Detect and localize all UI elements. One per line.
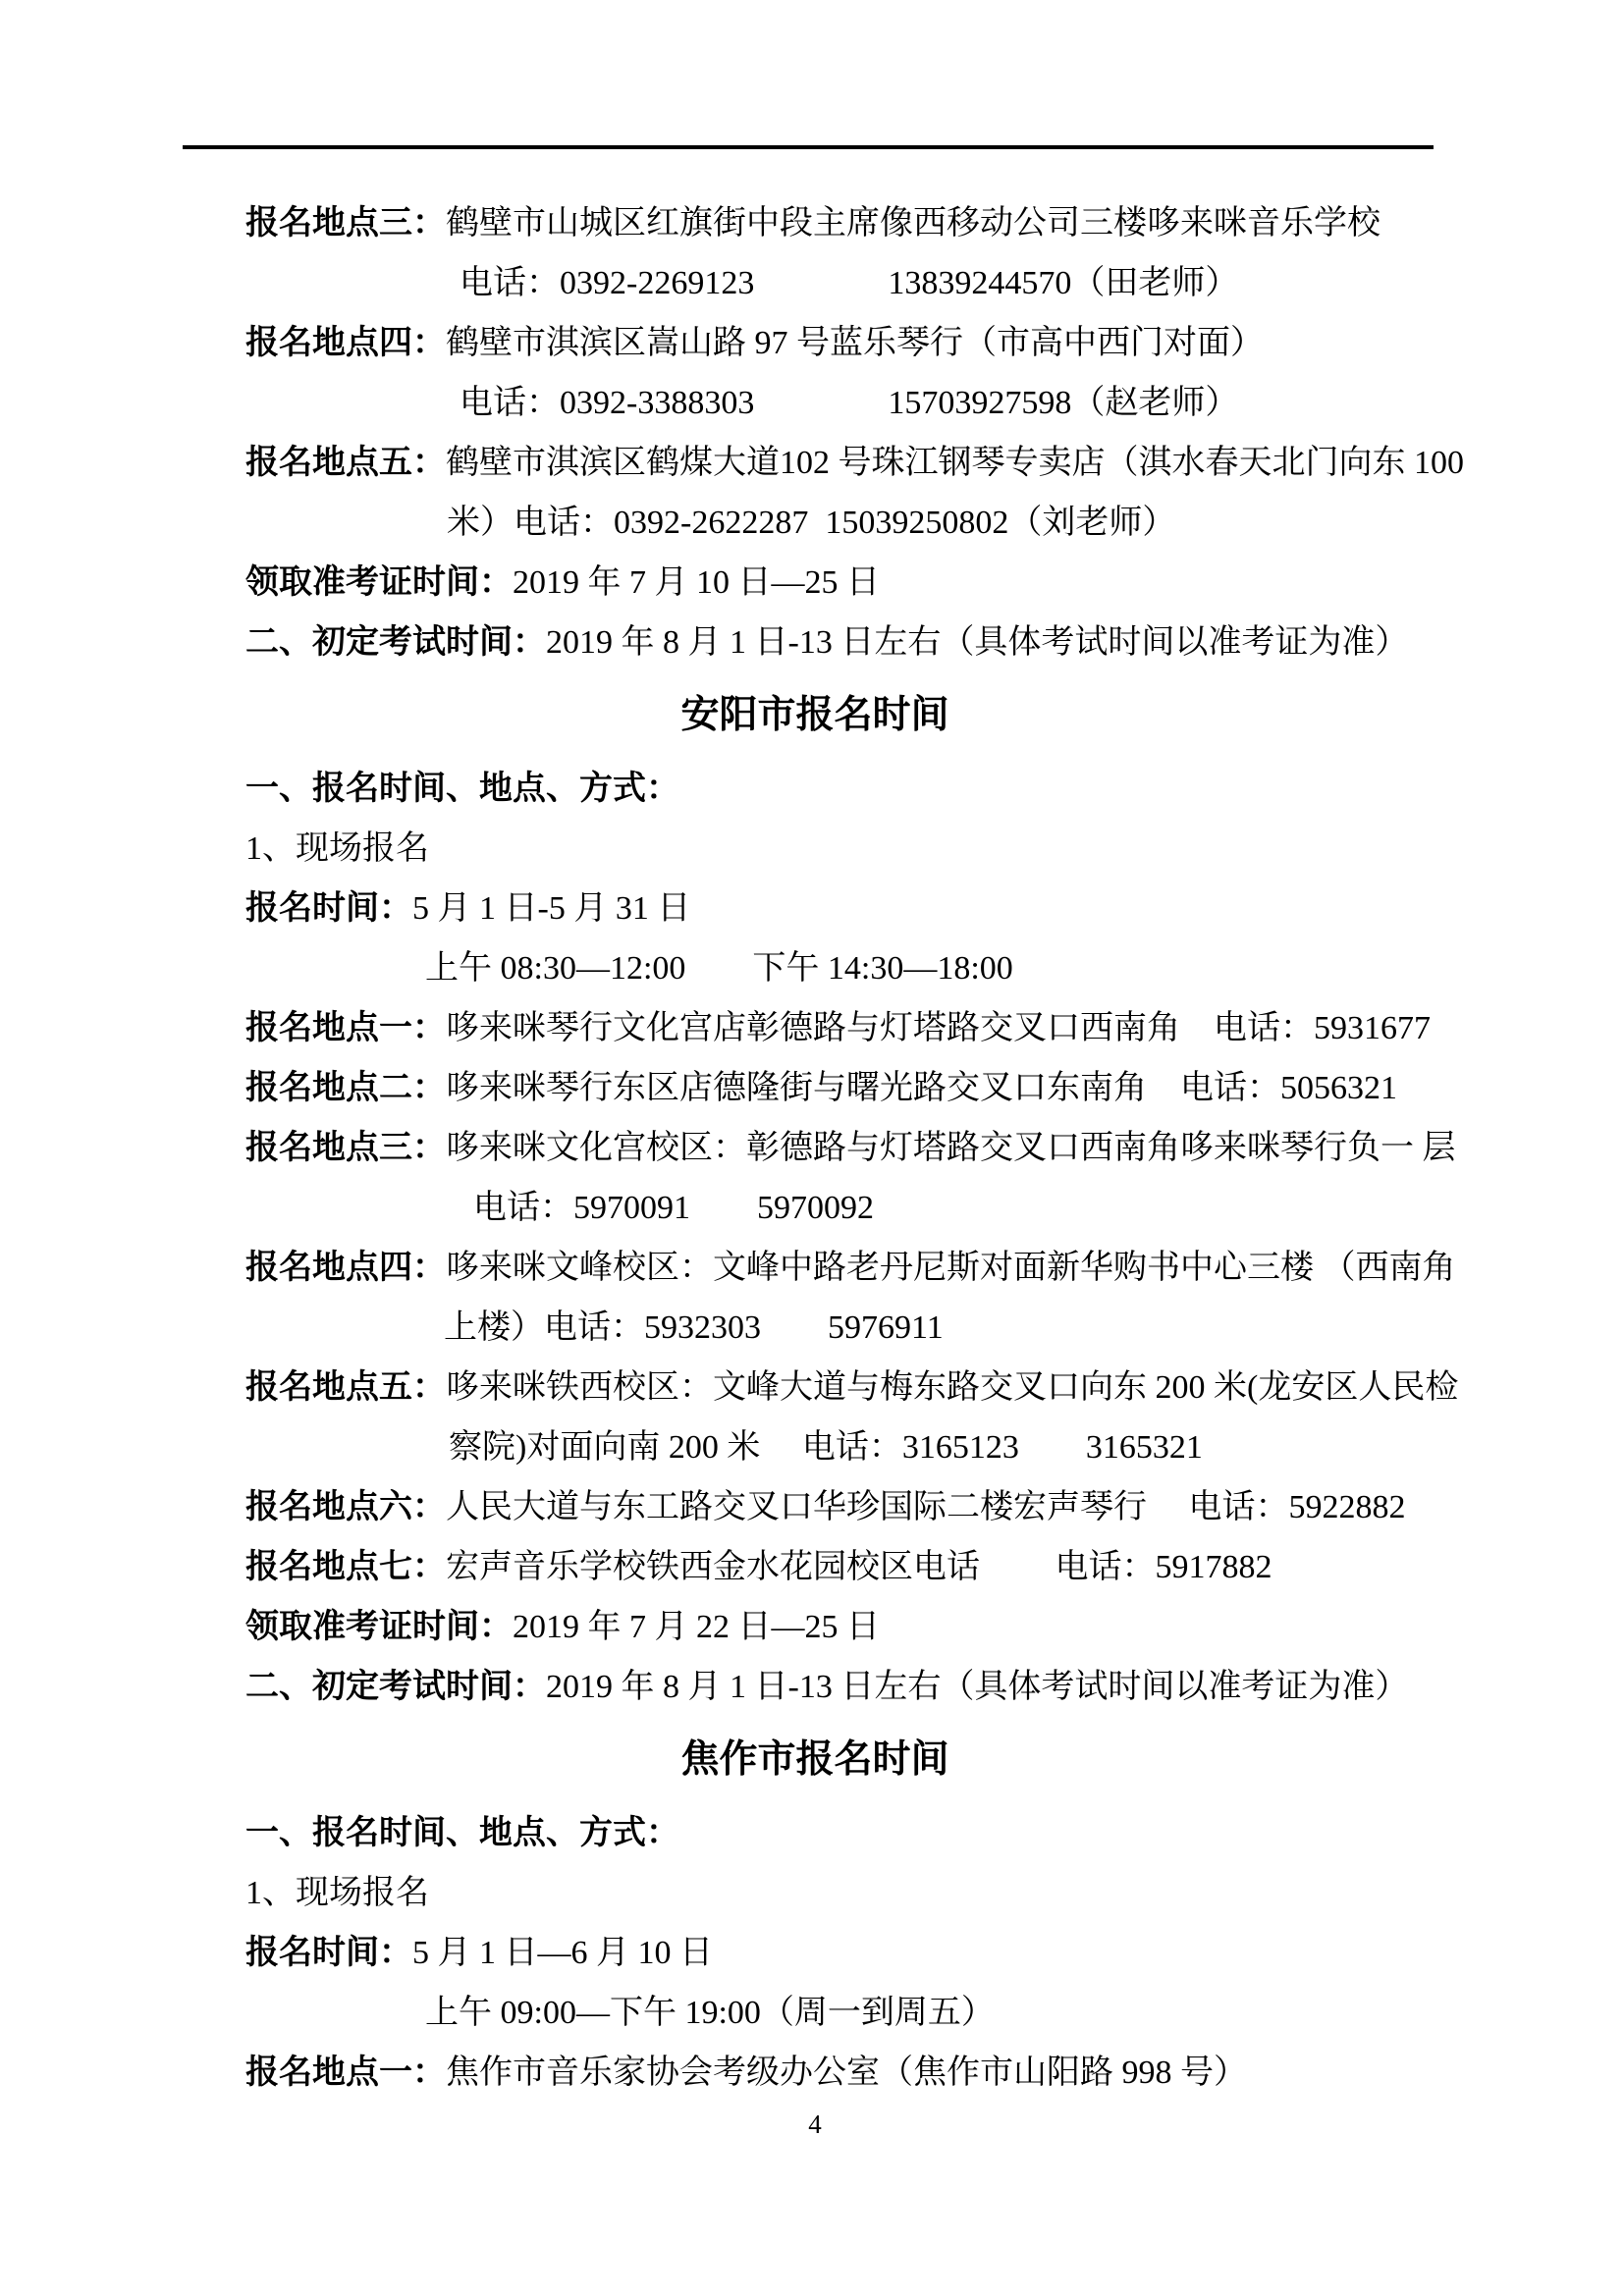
- paragraph-text: 哆来咪铁西校区：文峰大道与梅东路交叉口向东 200 米(龙安区人民检: [446, 1369, 1458, 1406]
- paragraph: 报名地点一：焦作市音乐家协会考级办公室（焦作市山阳路 998 号）: [245, 2043, 1384, 2103]
- paragraph-label: 领取准考证时间：: [245, 564, 513, 601]
- paragraph-text: 鹤壁市淇滨区嵩山路 97 号蓝乐琴行（市高中西门对面）: [446, 325, 1264, 361]
- paragraph-text: 电话：5970091 5970092: [473, 1190, 874, 1226]
- paragraph-label: 一、报名时间、地点、方式：: [245, 1815, 679, 1851]
- paragraph-label: 报名地点一：: [245, 1010, 446, 1046]
- paragraph-text: 2019 年 8 月 1 日-13 日左右（具体考试时间以准考证为准）: [546, 624, 1408, 661]
- paragraph: 一、报名时间、地点、方式：: [245, 759, 1384, 819]
- paragraph: 领取准考证时间：2019 年 7 月 10 日—25 日: [245, 553, 1384, 613]
- paragraph-label: 报名时间：: [245, 1935, 412, 1971]
- paragraph: 报名地点五：哆来咪铁西校区：文峰大道与梅东路交叉口向东 200 米(龙安区人民检: [245, 1358, 1384, 1417]
- paragraph-text: 5 月 1 日-5 月 31 日: [412, 890, 690, 927]
- paragraph: 报名地点一：哆来咪琴行文化宫店彰德路与灯塔路交叉口西南角 电话：5931677: [245, 998, 1384, 1058]
- paragraph: 报名时间：5 月 1 日—6 月 10 日: [245, 1923, 1384, 1983]
- paragraph-label: 报名地点五：: [245, 1369, 446, 1406]
- paragraph: 二、初定考试时间：2019 年 8 月 1 日-13 日左右（具体考试时间以准考…: [245, 1657, 1384, 1717]
- paragraph: 电话：0392-3388303 15703927598（赵老师）: [245, 373, 1384, 433]
- paragraph: 报名地点二：哆来咪琴行东区店德隆街与曙光路交叉口东南角 电话：5056321: [245, 1058, 1384, 1118]
- paragraph-text: 2019 年 7 月 22 日—25 日: [513, 1609, 880, 1645]
- paragraph-text: 2019 年 8 月 1 日-13 日左右（具体考试时间以准考证为准）: [546, 1669, 1408, 1705]
- paragraph: 二、初定考试时间：2019 年 8 月 1 日-13 日左右（具体考试时间以准考…: [245, 613, 1384, 672]
- paragraph-text: 鹤壁市山城区红旗街中段主席像西移动公司三楼哆来咪音乐学校: [446, 205, 1380, 241]
- paragraph-label: 报名地点七：: [245, 1549, 446, 1585]
- paragraph-label: 报名地点四：: [245, 1250, 446, 1286]
- paragraph-label: 报名地点四：: [245, 325, 446, 361]
- paragraph: 报名地点四：鹤壁市淇滨区嵩山路 97 号蓝乐琴行（市高中西门对面）: [245, 313, 1384, 373]
- paragraph: 报名时间：5 月 1 日-5 月 31 日: [245, 879, 1384, 938]
- paragraph-text: 1、现场报名: [245, 1875, 429, 1911]
- paragraph: 领取准考证时间：2019 年 7 月 22 日—25 日: [245, 1597, 1384, 1657]
- paragraph-label: 一、报名时间、地点、方式：: [245, 771, 679, 807]
- paragraph-text: 2019 年 7 月 10 日—25 日: [513, 564, 880, 601]
- paragraph: 报名地点三：哆来咪文化宫校区：彰德路与灯塔路交叉口西南角哆来咪琴行负一 层: [245, 1118, 1384, 1178]
- section-heading: 安阳市报名时间: [245, 679, 1384, 752]
- paragraph: 上午 08:30—12:00 下午 14:30—18:00: [245, 938, 1384, 998]
- paragraph: 一、报名时间、地点、方式：: [245, 1803, 1384, 1863]
- paragraph-label: 二、初定考试时间：: [245, 1669, 546, 1705]
- paragraph: 察院)对面向南 200 米 电话：3165123 3165321: [245, 1417, 1384, 1477]
- paragraph-text: 哆来咪文峰校区：文峰中路老丹尼斯对面新华购书中心三楼 （西南角: [446, 1250, 1456, 1286]
- paragraph: 报名地点四：哆来咪文峰校区：文峰中路老丹尼斯对面新华购书中心三楼 （西南角: [245, 1238, 1384, 1298]
- paragraph-text: 米）电话：0392-2622287 15039250802（刘老师）: [447, 505, 1175, 541]
- paragraph-text: 电话：0392-2269123 13839244570（田老师）: [460, 265, 1238, 301]
- paragraph-label: 二、初定考试时间：: [245, 624, 546, 661]
- paragraph-text: 5 月 1 日—6 月 10 日: [412, 1935, 713, 1971]
- paragraph-text: 上午 09:00—下午 19:00（周一到周五）: [425, 1995, 995, 2031]
- page: 报名地点三：鹤壁市山城区红旗街中段主席像西移动公司三楼哆来咪音乐学校 电话：03…: [0, 0, 1624, 2296]
- paragraph: 1、现场报名: [245, 819, 1384, 879]
- paragraph: 电话：0392-2269123 13839244570（田老师）: [245, 253, 1384, 313]
- section-heading: 焦作市报名时间: [245, 1724, 1384, 1796]
- paragraph: 电话：5970091 5970092: [245, 1178, 1384, 1238]
- header-rule: [183, 145, 1434, 149]
- paragraph-text: 电话：0392-3388303 15703927598（赵老师）: [460, 385, 1238, 421]
- paragraph: 报名地点五：鹤壁市淇滨区鹤煤大道102 号珠江钢琴专卖店（淇水春天北门向东 10…: [245, 433, 1384, 493]
- paragraph-label: 领取准考证时间：: [245, 1609, 513, 1645]
- paragraph-text: 宏声音乐学校铁西金水花园校区电话 电话：5917882: [446, 1549, 1272, 1585]
- paragraph-text: 鹤壁市淇滨区鹤煤大道102 号珠江钢琴专卖店（淇水春天北门向东 100: [446, 445, 1464, 481]
- paragraph-text: 上楼）电话：5932303 5976911: [444, 1309, 944, 1346]
- paragraph-text: 上午 08:30—12:00 下午 14:30—18:00: [425, 950, 1013, 987]
- document-content: 报名地点三：鹤壁市山城区红旗街中段主席像西移动公司三楼哆来咪音乐学校 电话：03…: [245, 193, 1384, 2144]
- paragraph-label: 报名地点三：: [245, 205, 446, 241]
- paragraph-label: 报名地点六：: [245, 1489, 446, 1525]
- paragraph-label: 报名时间：: [245, 890, 412, 927]
- paragraph-text: 哆来咪琴行文化宫店彰德路与灯塔路交叉口西南角 电话：5931677: [446, 1010, 1431, 1046]
- paragraph: 上午 09:00—下午 19:00（周一到周五）: [245, 1983, 1384, 2043]
- page-number: 4: [245, 2105, 1384, 2144]
- paragraph: 上楼）电话：5932303 5976911: [245, 1298, 1384, 1358]
- paragraph: 报名地点六：人民大道与东工路交叉口华珍国际二楼宏声琴行 电话：5922882: [245, 1477, 1384, 1537]
- paragraph-text: 哆来咪文化宫校区：彰德路与灯塔路交叉口西南角哆来咪琴行负一 层: [446, 1130, 1456, 1166]
- paragraph-text: 1、现场报名: [245, 830, 429, 867]
- paragraph-text: 人民大道与东工路交叉口华珍国际二楼宏声琴行 电话：5922882: [446, 1489, 1406, 1525]
- paragraph-label: 报名地点二：: [245, 1070, 446, 1106]
- paragraph-label: 报名地点三：: [245, 1130, 446, 1166]
- paragraph-text: 察院)对面向南 200 米 电话：3165123 3165321: [449, 1429, 1203, 1466]
- paragraph: 报名地点三：鹤壁市山城区红旗街中段主席像西移动公司三楼哆来咪音乐学校: [245, 193, 1384, 253]
- paragraph: 1、现场报名: [245, 1863, 1384, 1923]
- paragraph-label: 报名地点五：: [245, 445, 446, 481]
- paragraph-text: 焦作市音乐家协会考级办公室（焦作市山阳路 998 号）: [446, 2055, 1247, 2091]
- paragraph-label: 报名地点一：: [245, 2055, 446, 2091]
- paragraph-text: 哆来咪琴行东区店德隆街与曙光路交叉口东南角 电话：5056321: [446, 1070, 1397, 1106]
- paragraph: 米）电话：0392-2622287 15039250802（刘老师）: [245, 493, 1384, 553]
- paragraph: 报名地点七：宏声音乐学校铁西金水花园校区电话 电话：5917882: [245, 1537, 1384, 1597]
